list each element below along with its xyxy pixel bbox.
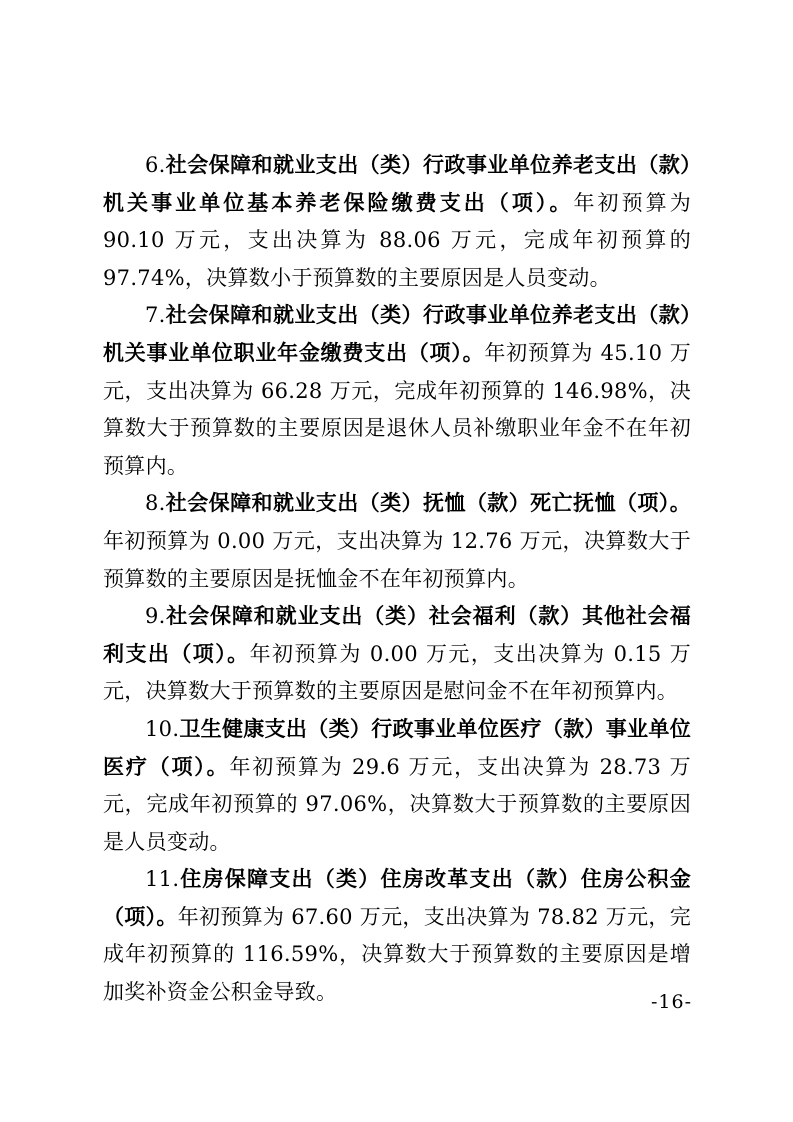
item-number: 8. — [145, 491, 166, 515]
item-body: 年初预算为 67.60 万元，支出决算为 78.82 万元，完成年初预算的 11… — [103, 905, 691, 1004]
budget-item-paragraph: 7.社会保障和就业支出（类）行政事业单位养老支出（款）机关事业单位职业年金缴费支… — [103, 297, 691, 485]
item-body: 年初预算为 0.00 万元，支出决算为 12.76 万元，决算数大于预算数的主要… — [103, 529, 691, 591]
item-heading: 社会保障和就业支出（类）抚恤（款）死亡抚恤（项）。 — [166, 492, 691, 515]
budget-item-paragraph: 11.住房保障支出（类）住房改革支出（款）住房公积金（项）。年初预算为 67.6… — [103, 861, 691, 1011]
page-body: 6.社会保障和就业支出（类）行政事业单位养老支出（款）机关事业单位基本养老保险缴… — [103, 147, 691, 1012]
item-number: 7. — [145, 303, 166, 327]
item-number: 6. — [145, 153, 166, 177]
page-number: -16- — [651, 991, 692, 1013]
budget-item-paragraph: 9.社会保障和就业支出（类）社会福利（款）其他社会福利支出（项）。年初预算为 0… — [103, 598, 691, 711]
budget-item-paragraph: 10.卫生健康支出（类）行政事业单位医疗（款）事业单位医疗（项）。年初预算为 2… — [103, 711, 691, 861]
budget-item-paragraph: 6.社会保障和就业支出（类）行政事业单位养老支出（款）机关事业单位基本养老保险缴… — [103, 147, 691, 297]
document-page: 6.社会保障和就业支出（类）行政事业单位养老支出（款）机关事业单位基本养老保险缴… — [0, 0, 793, 1122]
item-number: 10. — [145, 717, 179, 741]
item-number: 9. — [145, 604, 166, 628]
budget-item-paragraph: 8.社会保障和就业支出（类）抚恤（款）死亡抚恤（项）。年初预算为 0.00 万元… — [103, 485, 691, 598]
item-number: 11. — [145, 867, 179, 891]
